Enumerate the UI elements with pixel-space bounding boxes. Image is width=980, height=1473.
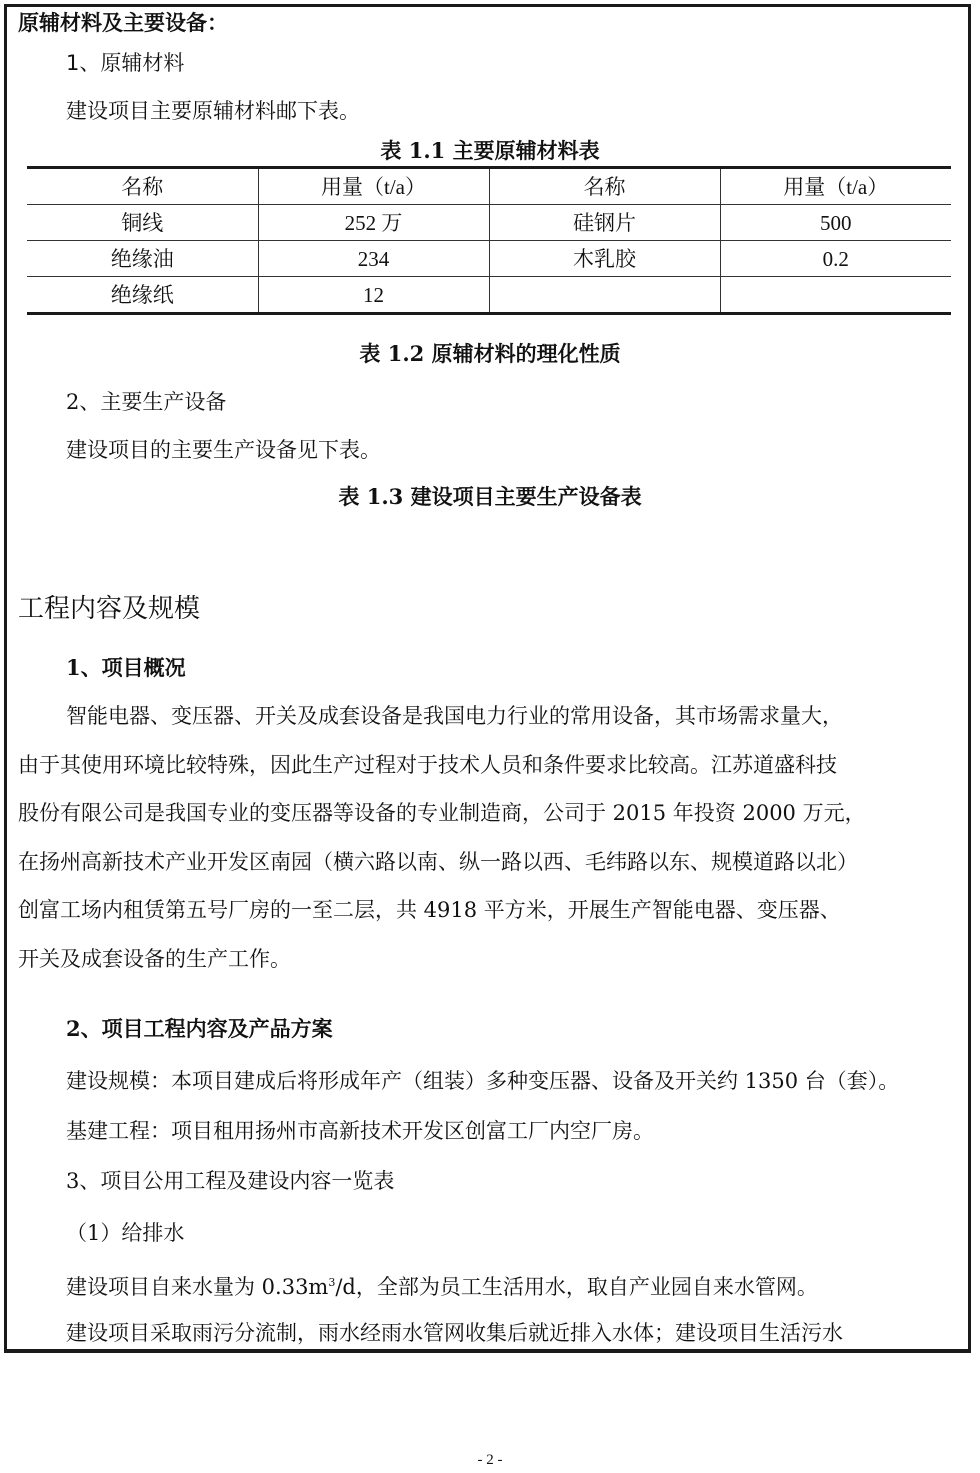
table-cell: 绝缘纸 — [27, 277, 258, 314]
table-row: 绝缘油 234 木乳胶 0.2 — [27, 241, 951, 277]
table-row: 铜线 252 万 硅钢片 500 — [27, 205, 951, 241]
header-cell: 用量（t/a） — [720, 168, 951, 205]
table-1-1-caption: 表 1.1 主要原辅材料表 — [0, 138, 980, 164]
water-supply-post: /d，全部为员工生活用水，取自产业园自来水管网。 — [335, 1275, 818, 1299]
table-cell: 0.2 — [720, 241, 951, 277]
overview-paragraph: 智能电器、变压器、开关及成套设备是我国电力行业的常用设备，其市场需求量大， 由于… — [18, 692, 963, 983]
table-cell: 木乳胶 — [489, 241, 720, 277]
equipment-intro: 建设项目的主要生产设备见下表。 — [66, 437, 381, 463]
table-row: 绝缘纸 12 — [27, 277, 951, 314]
construction-scale: 建设规模：本项目建成后将形成年产（组装）多种变压器、设备及开关约 1350 台（… — [66, 1068, 899, 1094]
content-title: 2、项目工程内容及产品方案 — [66, 1016, 333, 1042]
header-cell: 用量（t/a） — [258, 168, 489, 205]
overview-line: 由于其使用环境比较特殊，因此生产过程对于技术人员和条件要求比较高。江苏道盛科技 — [18, 741, 963, 790]
drainage-line: 建设项目采取雨污分流制，雨水经雨水管网收集后就近排入水体；建设项目生活污水 — [66, 1320, 843, 1346]
overview-line: 在扬州高新技术产业开发区南园（横六路以南、纵一路以西、毛纬路以东、规模道路以北） — [18, 838, 963, 887]
table-cell — [489, 277, 720, 314]
public-works-title: 3、项目公用工程及建设内容一览表 — [66, 1168, 394, 1194]
water-supply-pre: 建设项目自来水量为 0.33m — [66, 1275, 328, 1299]
overview-line: 创富工场内租赁第五号厂房的一至二层，共 4918 平方米，开展生产智能电器、变压… — [18, 886, 963, 935]
water-title: （1）给排水 — [66, 1220, 184, 1246]
materials-title: 1、原辅材料 — [66, 50, 184, 76]
table-1-3-caption: 表 1.3 建设项目主要生产设备表 — [0, 484, 980, 510]
overview-line: 股份有限公司是我国专业的变压器等设备的专业制造商，公司于 2015 年投资 20… — [18, 789, 963, 838]
table-cell: 234 — [258, 241, 489, 277]
infrastructure: 基建工程：项目租用扬州市高新技术开发区创富工厂内空厂房。 — [66, 1118, 654, 1144]
materials-table: 名称 用量（t/a） 名称 用量（t/a） 铜线 252 万 硅钢片 500 绝… — [27, 166, 951, 315]
equipment-title: 2、主要生产设备 — [66, 389, 226, 415]
table-cell — [720, 277, 951, 314]
overview-title: 1、项目概况 — [66, 655, 186, 681]
table-cell: 12 — [258, 277, 489, 314]
section-heading: 原辅材料及主要设备： — [18, 10, 228, 36]
header-cell: 名称 — [489, 168, 720, 205]
table-cell: 硅钢片 — [489, 205, 720, 241]
engineering-heading: 工程内容及规模 — [18, 593, 200, 625]
header-cell: 名称 — [27, 168, 258, 205]
table-cell: 铜线 — [27, 205, 258, 241]
table-cell: 500 — [720, 205, 951, 241]
table-1-2-caption: 表 1.2 原辅材料的理化性质 — [0, 341, 980, 367]
materials-intro: 建设项目主要原辅材料邮下表。 — [66, 98, 360, 124]
page-number: - 2 - — [0, 1452, 980, 1469]
table-cell: 252 万 — [258, 205, 489, 241]
table-cell: 绝缘油 — [27, 241, 258, 277]
table-header-row: 名称 用量（t/a） 名称 用量（t/a） — [27, 168, 951, 205]
overview-line: 智能电器、变压器、开关及成套设备是我国电力行业的常用设备，其市场需求量大， — [18, 692, 963, 741]
water-supply-line: 建设项目自来水量为 0.33m3/d，全部为员工生活用水，取自产业园自来水管网。 — [66, 1270, 818, 1300]
overview-line: 开关及成套设备的生产工作。 — [18, 935, 963, 984]
